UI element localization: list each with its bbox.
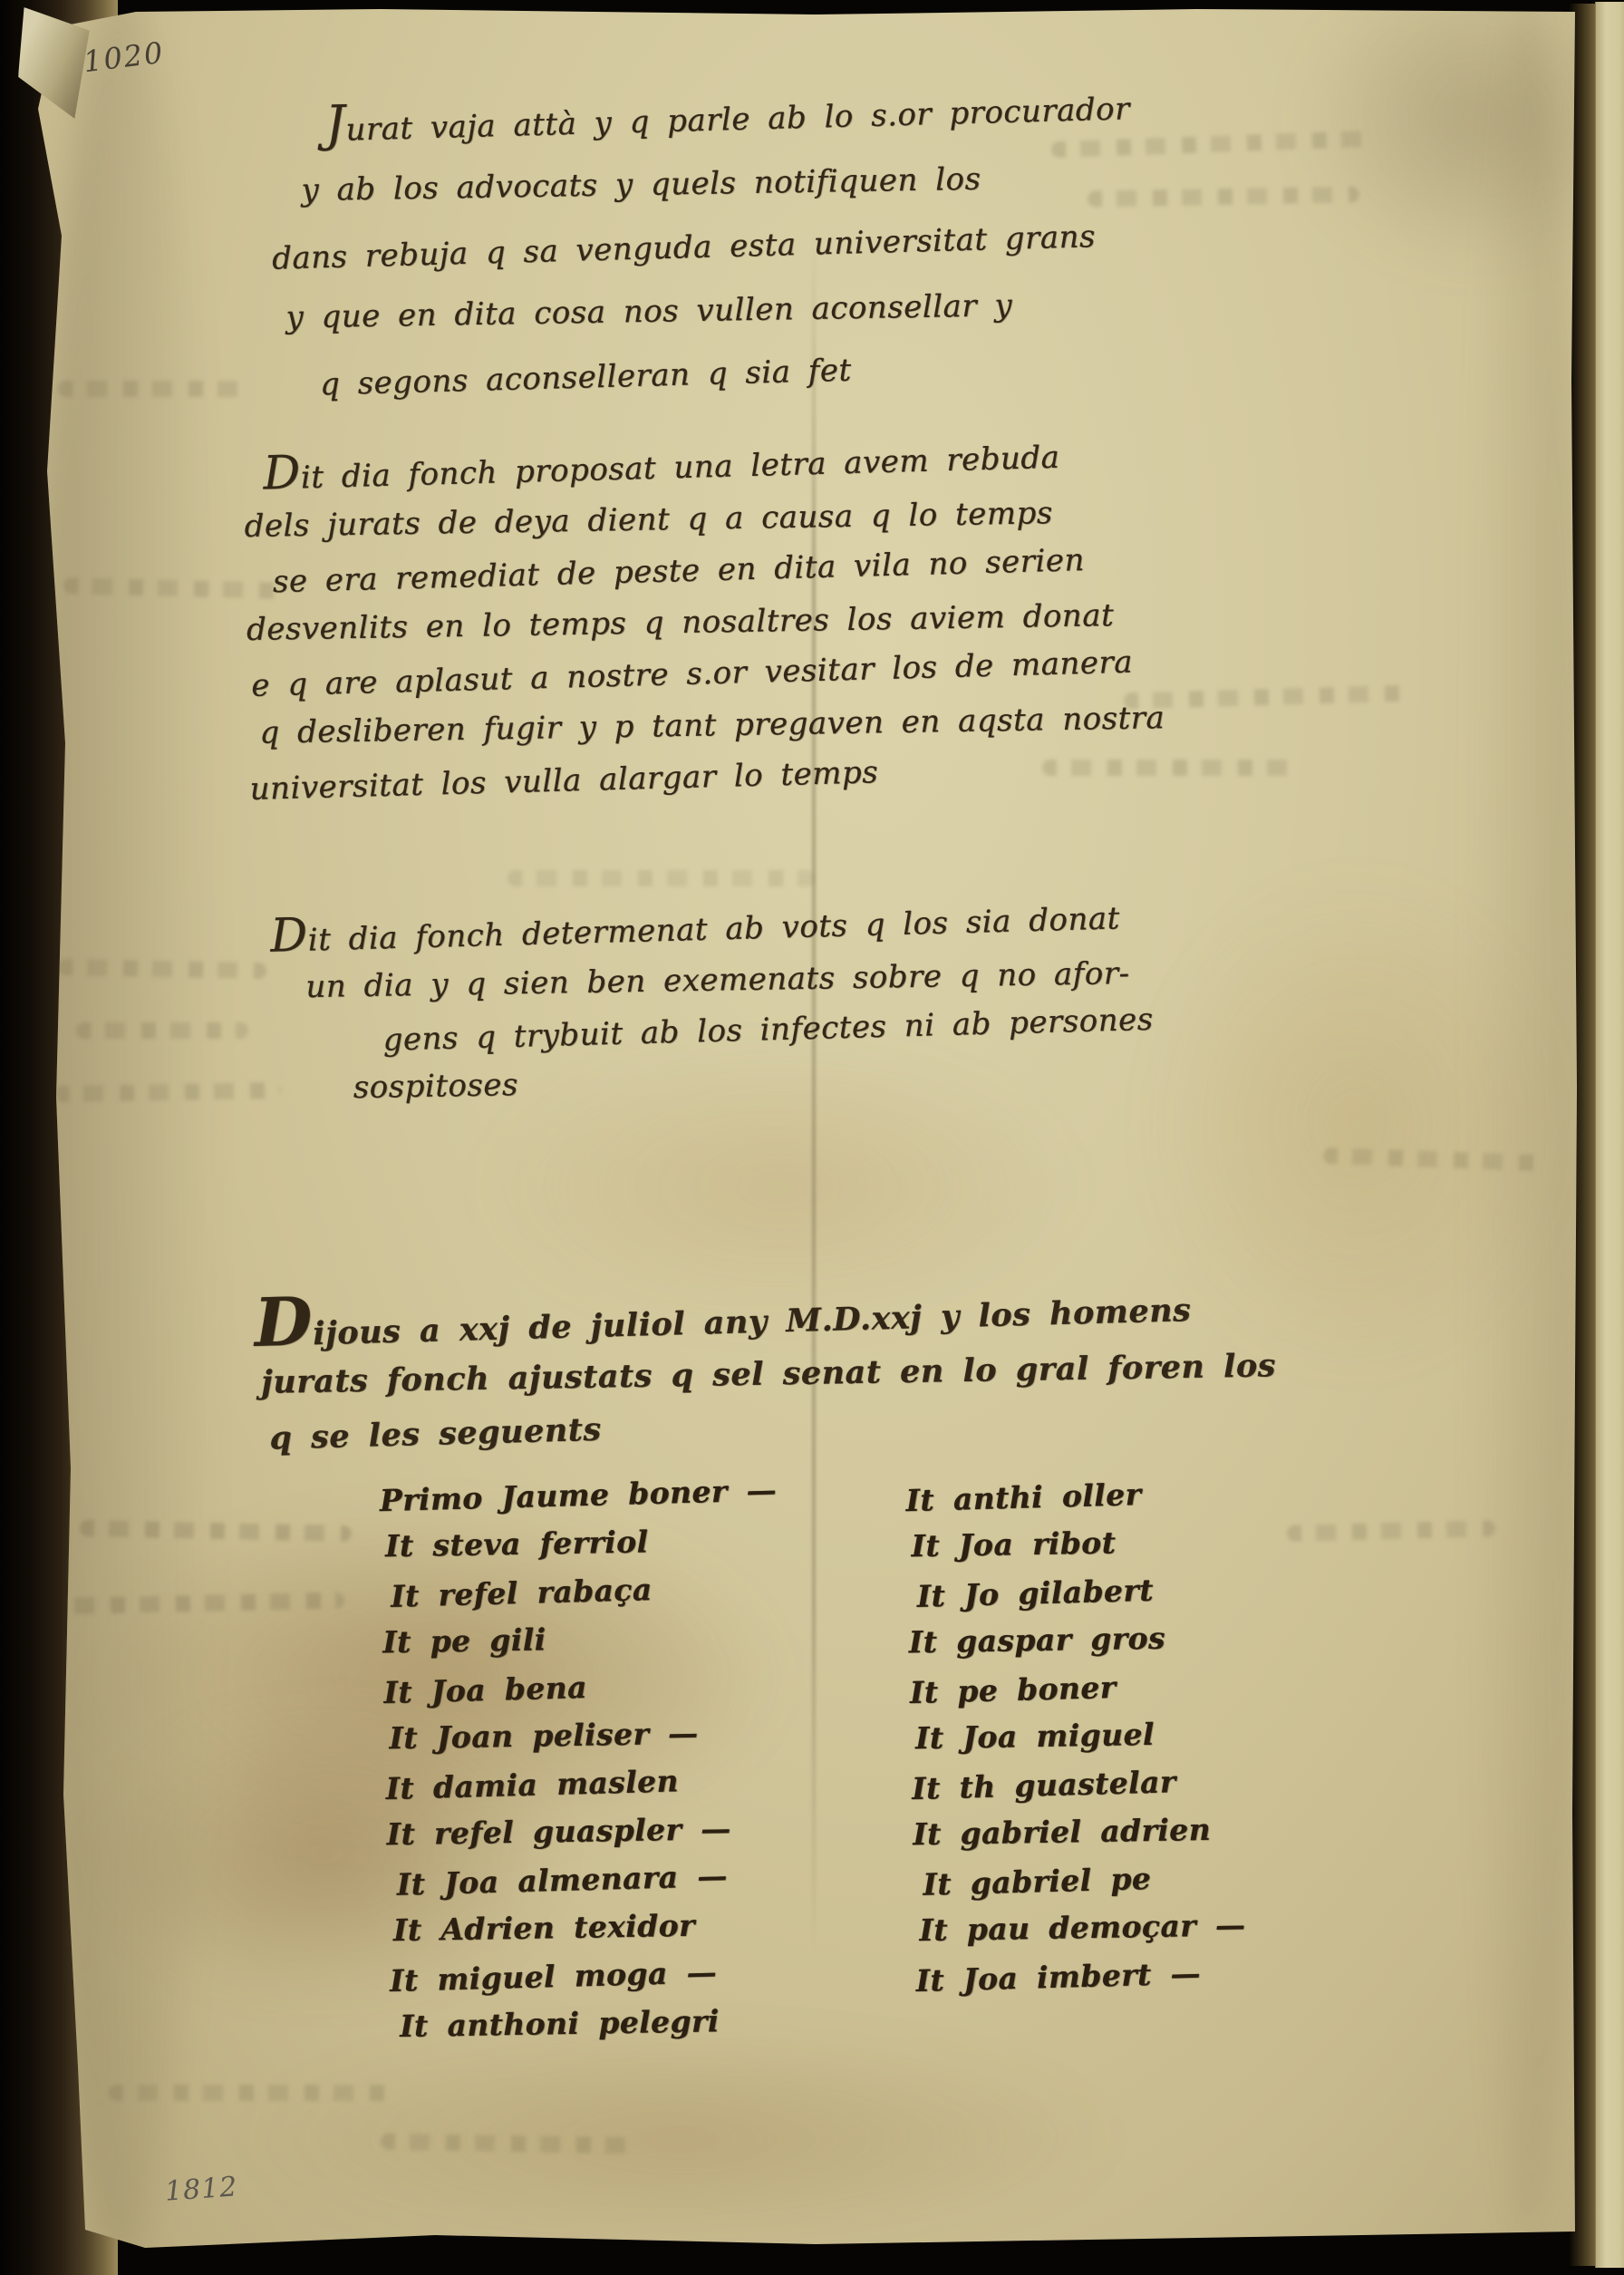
ink-bleed-ghost-text <box>1323 1147 1541 1171</box>
folio-number: 1020 <box>82 35 166 80</box>
ink-bleed-ghost-text <box>1124 685 1414 710</box>
stain <box>1468 0 1586 2239</box>
ink-bleed-ghost-text <box>507 870 816 886</box>
stain <box>1142 870 1568 1378</box>
entry-paragraph-1: Jurat vaja attà y q parle ab lo s.or pro… <box>268 80 1126 415</box>
manuscript-scan: 1020 Jurat vaja attà y q parle ab lo s.o… <box>0 0 1624 2275</box>
pencil-inventory-number: 1812 <box>164 2171 239 2208</box>
manuscript-page: 1020 Jurat vaja attà y q parle ab lo s.o… <box>0 0 1624 2275</box>
ink-bleed-ghost-text <box>58 959 266 979</box>
ink-bleed-ghost-text <box>54 1082 281 1102</box>
attendee-list-right-column: It anthi ollerIt Joa ribotIt Jo gilabert… <box>905 1466 1387 2004</box>
ink-bleed-ghost-text <box>1087 186 1359 207</box>
entry-paragraph-2: Dit dia fonch proposat una letra avem re… <box>243 433 1120 813</box>
ink-bleed-ghost-text <box>58 381 248 397</box>
entry-paragraph-3: Dit dia fonch determenat ab vots q los s… <box>270 895 1126 1117</box>
attendee-name: It anthoni pelegri <box>400 1995 863 2050</box>
entry-paragraph-date: Dijous a xxj de juliol any M.D.xxj y los… <box>254 1280 1127 1462</box>
stain <box>236 2030 1124 2248</box>
ink-bleed-ghost-text <box>109 2085 399 2101</box>
attendee-list-left-column: Primo Jaume boner —It steva ferriolIt re… <box>379 1466 862 2052</box>
ink-bleed-ghost-text <box>80 1520 352 1542</box>
next-folio-edge <box>1595 2 1624 2268</box>
attendee-name: It Joa imbert — <box>915 1944 1387 2005</box>
ink-bleed-ghost-text <box>76 1022 248 1039</box>
ink-bleed-ghost-text <box>45 1592 344 1615</box>
ink-bleed-ghost-text <box>381 2134 634 2154</box>
